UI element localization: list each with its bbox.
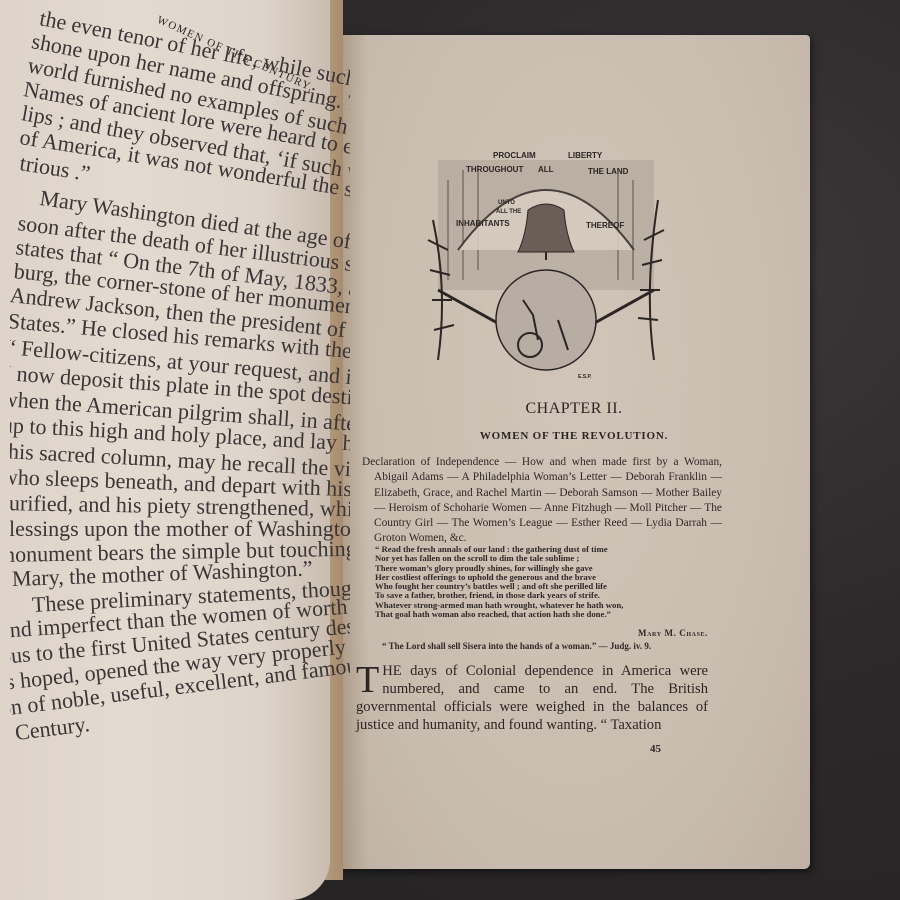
bible-epigraph: “ The Lord shall sell Sisera into the ha… [382,641,712,651]
left-page-text: WOMEN OF THE CENTURY. the even tenor of … [10,0,350,900]
svg-text:UNTO: UNTO [498,200,515,206]
poem-epigraph: “ Read the fresh annals of our land : th… [375,545,705,619]
chapter-subtitle: WOMEN OF THE REVOLUTION. [338,430,810,442]
svg-text:LIBERTY: LIBERTY [568,151,603,160]
poem-line: That goal hath woman also reached, that … [375,610,705,619]
banner-word: PROCLAIM [493,151,536,160]
poem-author: Mary M. Chase. [560,628,708,638]
svg-text:THEREOF: THEREOF [586,221,624,230]
first-word: HE [382,663,401,679]
liberty-bell-engraving: PROCLAIM LIBERTY THROUGHOUT ALL THE LAND… [418,140,674,380]
body-text: days of Colonial dependence in America w… [356,663,708,733]
svg-text:ALL THE: ALL THE [496,209,521,215]
svg-text:THROUGHOUT: THROUGHOUT [466,165,523,174]
chapter-synopsis: Declaration of Independence — How and wh… [362,455,722,547]
chapter-title: CHAPTER II. [338,400,810,418]
page-number: 45 [650,743,661,755]
svg-text:E.S.P.: E.S.P. [578,374,592,380]
svg-text:ALL: ALL [538,165,554,174]
body-paragraph: THE days of Colonial dependence in Ameri… [356,662,708,734]
svg-text:INHABITANTS: INHABITANTS [456,219,510,228]
svg-text:THE LAND: THE LAND [588,167,629,176]
drop-cap: T [356,664,379,696]
